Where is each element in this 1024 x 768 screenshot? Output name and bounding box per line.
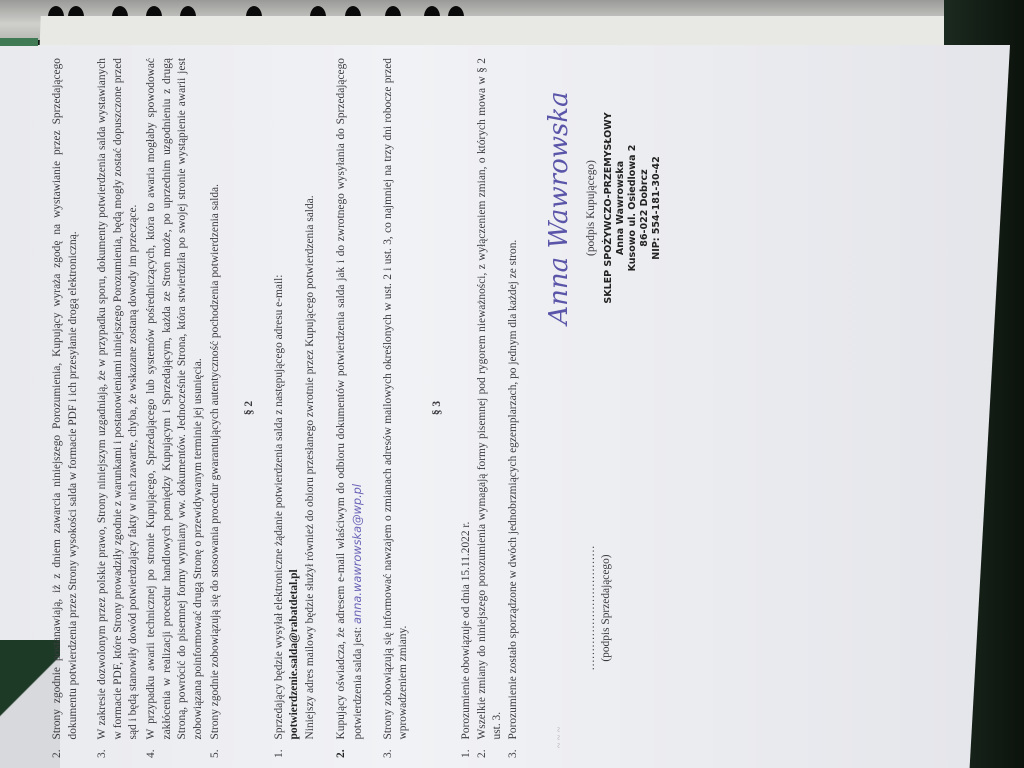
buyer-signature-block: Anna Wawrowska (podpis Kupującego) SKLEP…	[552, 68, 664, 348]
list-item: 3. Strony zobowiązują się informować naw…	[381, 58, 412, 758]
buyer-signature-handwritten: Anna Wawrowska	[552, 68, 584, 348]
item-number: 3.	[506, 749, 522, 758]
item-number: 1.	[459, 749, 475, 758]
list-item: 3. Porozumienie zostało sporządzone w dw…	[506, 58, 522, 758]
list-item: 1. Sprzedający będzie wysyłał elektronic…	[272, 58, 319, 758]
item-text: Strony zgodnie postanawiają, iż z dniem …	[50, 58, 81, 739]
item-number: 3.	[381, 749, 412, 758]
list-item: 2. Wszelkie zmiany do niniejszego porozu…	[475, 58, 506, 758]
item-number: 5.	[208, 749, 224, 758]
item-text-part: Sprzedający będzie wysyłał elektroniczne…	[273, 275, 285, 740]
seller-signature-line: ……………………………	[584, 468, 600, 748]
seller-signature-scribble: ~ ~ ~	[552, 468, 584, 748]
item-number: 4.	[144, 749, 206, 758]
item-number: 1.	[272, 749, 319, 758]
item-text: Wszelkie zmiany do niniejszego porozumie…	[475, 58, 506, 739]
item-number: 2.	[50, 749, 81, 758]
item-number: 3.	[95, 749, 142, 758]
green-strip	[0, 38, 38, 46]
item-text: Porozumienie zostało sporządzone w dwóch…	[506, 240, 522, 740]
seller-signature-block: ~ ~ ~ …………………………… (podpis Sprzedającego)	[552, 468, 664, 748]
signatures: ~ ~ ~ …………………………… (podpis Sprzedającego)…	[552, 58, 664, 758]
buyer-signature-label: (podpis Kupującego)	[584, 68, 600, 348]
list-item: 4. W przypadku awarii technicznej po str…	[144, 58, 206, 758]
list-item: 3. W zakresie dozwolonym przez polskie p…	[95, 58, 142, 758]
section2-heading: § 2	[242, 58, 258, 758]
section3-list: 1. Porozumienie obowiązuje od dnia 15.11…	[459, 58, 521, 758]
item-text-part: Kupujący oświadcza, że adresem e-mail wł…	[335, 58, 364, 739]
item-text: Sprzedający będzie wysyłał elektroniczne…	[272, 195, 319, 739]
item-text: Strony zgodnie zobowiązują się do stosow…	[208, 184, 224, 739]
item-text: Kupujący oświadcza, że adresem e-mail wł…	[334, 58, 366, 739]
item-text: Strony zobowiązują się informować nawzaj…	[381, 58, 412, 739]
list-item: 5. Strony zgodnie zobowiązują się do sto…	[208, 58, 224, 758]
company-stamp: SKLEP SPOŻYWCZO-PRZEMYSŁOWY Anna Wawrows…	[603, 68, 663, 348]
seller-email: potwierdzenie.salda@rabatdetal.pl	[288, 569, 300, 739]
list-item: 1. Porozumienie obowiązuje od dnia 15.11…	[459, 58, 475, 758]
list-item: 2. Strony zgodnie postanawiają, iż z dni…	[50, 58, 81, 758]
stamp-line: NIP: 554-181-30-42	[651, 68, 663, 348]
item-text: W przypadku awarii technicznej po stroni…	[144, 58, 206, 739]
stamp-line: Kusowo ul. Osiedlowa 2	[627, 68, 639, 348]
item-text: W zakresie dozwolonym przez polskie praw…	[95, 58, 142, 739]
document-area: 2. Strony zgodnie postanawiają, iż z dni…	[40, 48, 940, 768]
document-page: 2. Strony zgodnie postanawiają, iż z dni…	[50, 58, 930, 758]
item-number: 2.	[334, 749, 366, 758]
seller-signature-label: (podpis Sprzedającego)	[599, 468, 615, 748]
item-number: 2.	[475, 749, 506, 758]
stamp-line: SKLEP SPOŻYWCZO-PRZEMYSŁOWY	[603, 68, 615, 348]
stamp-line: Anna Wawrowska	[615, 68, 627, 348]
section1-list: 2. Strony zgodnie postanawiają, iż z dni…	[50, 58, 224, 758]
list-item: 2. Kupujący oświadcza, że adresem e-mail…	[334, 58, 366, 758]
item-text: Porozumienie obowiązuje od dnia 15.11.20…	[459, 522, 475, 740]
item-text-part: Niniejszy adres mailowy będzie służył ró…	[304, 195, 316, 739]
buyer-email-handwritten: anna.wawrowska@wp.pl	[350, 484, 364, 624]
stamp-line: 86-022 Dobrcz	[639, 68, 651, 348]
section3-heading: § 3	[430, 58, 446, 758]
